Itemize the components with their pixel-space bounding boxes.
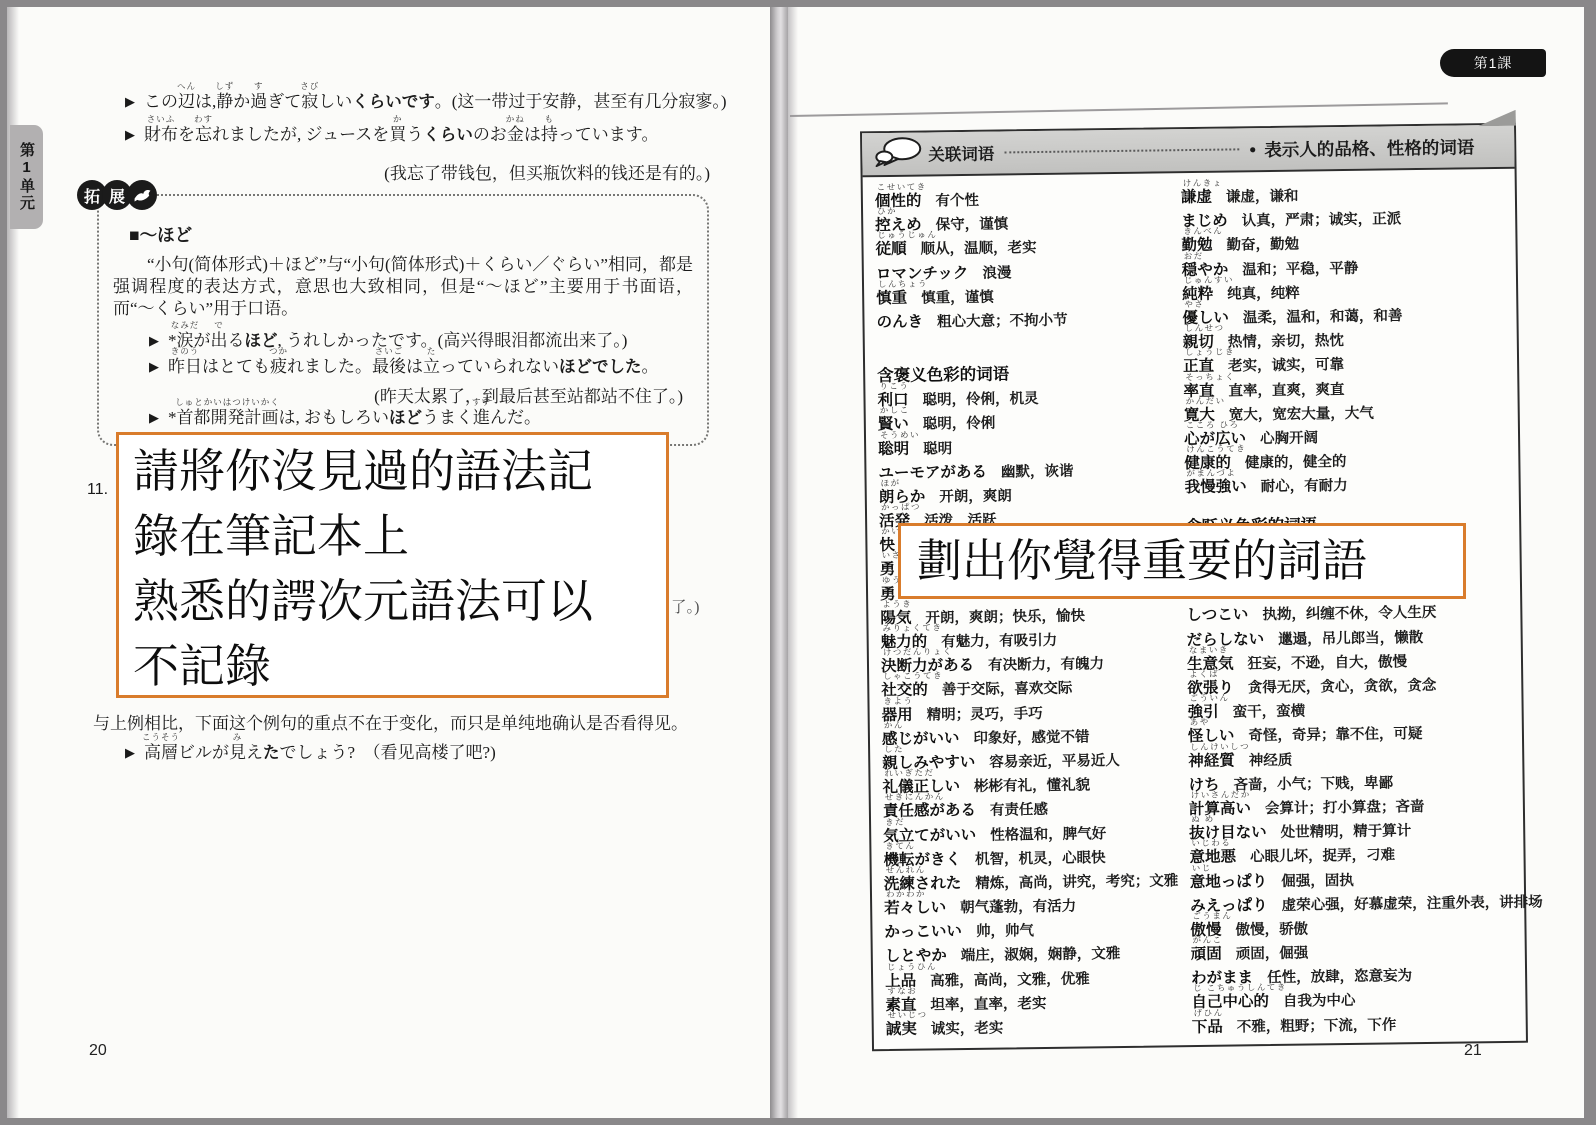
header-rule xyxy=(790,102,1448,117)
wordlist-section-header: 含褒义色彩的词语 xyxy=(877,358,1182,388)
dotted-leader xyxy=(1004,148,1239,153)
triangle-bullet-icon: ▶ xyxy=(149,410,159,425)
related-words-banner: 关联词语 ● 表示人的品格、性格的词语 xyxy=(862,125,1515,178)
triangle-bullet-icon: ▶ xyxy=(125,127,135,142)
sentence-text: この辺へんは, 静しずか過すぎて寂さびしいくらいです。(这一带过于安静，甚至有几… xyxy=(144,92,727,111)
example-sentence: ▶財布さいふを忘わすれましたが, ジュースを買かうくらいのお金かねは持もっていま… xyxy=(125,124,658,146)
expansion-badge: 拓 展 xyxy=(77,180,152,210)
unit-tab: 第1单元 xyxy=(10,125,43,229)
word-entry: のんき粗心大意；不拘小节 xyxy=(876,306,1181,334)
word-entry: せいじつ誠実诚实，老实 xyxy=(886,1013,1191,1041)
folded-corner xyxy=(1478,110,1516,126)
grammar-explanation: “小句(简体形式)＋ほど”与“小句(简体形式)＋くらい／ぐらい”相同，都是强调程… xyxy=(113,254,693,320)
example-sentence: ▶昨日きのうはとても疲つかれました。最後さいごは立たっていられないほどでした。 xyxy=(149,356,659,378)
annotation-note-grammar: 請將你沒見過的語法記 錄在筆記本上 熟悉的諤次元語法可以 不記錄 xyxy=(116,432,669,698)
translation-line: (我忘了带钱包，但买瓶饮料的钱还是有的。) xyxy=(125,159,710,184)
triangle-bullet-icon: ▶ xyxy=(125,94,135,109)
word-entry: げひん下品不雅，粗野；下流，下作 xyxy=(1192,1010,1518,1038)
comparison-paragraph: 与上例相比，下面这个例句的重点不在于变化，而只是单纯地确认是否看得见。 xyxy=(93,709,710,734)
banner-label: 关联词语 xyxy=(928,141,994,166)
example-sentence: ▶この辺へんは, 静しずか過すぎて寂さびしいくらいです。(这一带过于安静，甚至有… xyxy=(125,91,727,113)
example-sentence: ▶*首都開発計画しゅとかいはつけいかくは, おもしろいほどうまく進すすんだ。 xyxy=(149,407,541,429)
example-sentence: ▶高層こうそうビルが見みえたでしょう? （看见高楼了吧?) xyxy=(125,742,496,764)
separator-dot-icon: ● xyxy=(1249,142,1256,157)
page-number: 21 xyxy=(1464,1042,1482,1060)
sentence-text: 財布さいふを忘わすれましたが, ジュースを買かうくらいのお金かねは持もっています… xyxy=(144,125,658,144)
speech-bubbles-icon xyxy=(872,135,922,173)
banner-title: 表示人的品格、性格的词语 xyxy=(1264,133,1504,161)
triangle-bullet-icon: ▶ xyxy=(149,359,159,374)
triangle-bullet-icon: ▶ xyxy=(125,745,135,760)
annotation-note-words: 劃出你覺得重要的詞語 xyxy=(898,523,1466,599)
page-gutter xyxy=(770,7,788,1118)
word-column-right: けんきょ謙虚谦虚，谦和まじめ认真，严肃；诚实，正派きんべん勤勉勤奋，勤勉おだ穏や… xyxy=(1181,181,1518,1039)
list-item-number: 11. xyxy=(87,481,108,499)
left-page: 第1单元 ▶この辺へんは, 静しずか過すぎて寂さびしいくらいです。(这一带过于安… xyxy=(7,7,770,1118)
lesson-tab: 第1課 xyxy=(1440,49,1546,77)
book-scan-spread: { "misc": { "bullet_marker": "▶", "separ… xyxy=(0,0,1596,1125)
bird-icon xyxy=(127,180,157,210)
sentence-text: 昨日きのうはとても疲つかれました。最後さいごは立たっていられないほどでした。 xyxy=(168,357,659,376)
page-number: 20 xyxy=(89,1042,107,1060)
grammar-expansion-box: ■～ほど “小句(简体形式)＋ほど”与“小句(简体形式)＋くらい／ぐらい”相同，… xyxy=(97,194,709,446)
occluded-text-fragment: 了。) xyxy=(671,595,699,617)
sentence-text: 高層こうそうビルが見みえたでしょう? （看见高楼了吧?) xyxy=(144,743,496,762)
right-page: 第1課 关联词语 ● 表示人的品格、性格的词语 こせいてき個性的有个性ひか控えめ… xyxy=(788,7,1584,1118)
word-column-left: こせいてき個性的有个性ひか控えめ保守，谨慎じゅうじゅん従順顺从，温顺，老实ロマン… xyxy=(875,185,1191,1041)
word-entry: がまんづよ我慢強い耐心，有耐力 xyxy=(1185,471,1511,499)
triangle-bullet-icon: ▶ xyxy=(149,333,159,348)
sentence-text: *首都開発計画しゅとかいはつけいかくは, おもしろいほどうまく進すすんだ。 xyxy=(168,408,541,427)
grammar-point-heading: ■～ほど xyxy=(129,222,192,247)
